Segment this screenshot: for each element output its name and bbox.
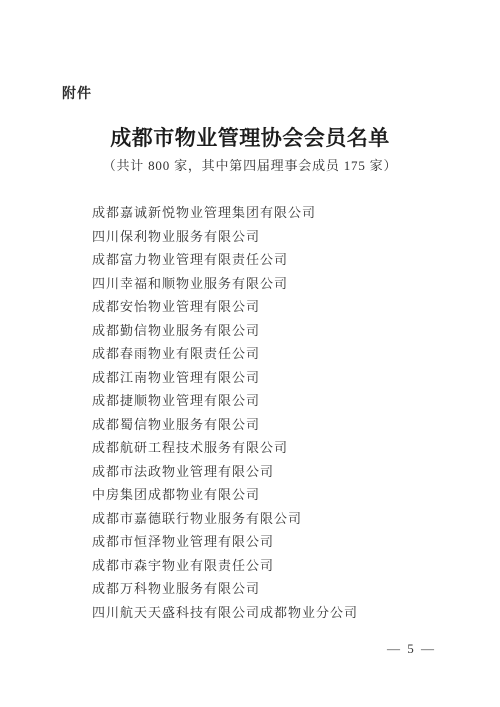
member-row: 四川航天天盛科技有限公司成都物业分公司 [92,601,460,625]
member-row: 成都市嘉德联行物业服务有限公司 [92,507,460,531]
member-row: 四川保利物业服务有限公司 [92,225,460,249]
member-row: 成都勤信物业服务有限公司 [92,319,460,343]
member-row: 成都航研工程技术服务有限公司 [92,436,460,460]
document-page: 附件 成都市物业管理协会会员名单 （共计 800 家，其中第四届理事会成员 17… [0,0,500,707]
member-row: 成都江南物业管理有限公司 [92,366,460,390]
member-row: 成都蜀信物业服务有限公司 [92,413,460,437]
member-row: 成都富力物业管理有限责任公司 [92,248,460,272]
attachment-label: 附件 [62,83,92,103]
page-title: 成都市物业管理协会会员名单 [0,122,500,152]
doc-subtitle: （共计 800 家，其中第四届理事会成员 175 家） [0,155,500,174]
member-list: 成都嘉诚新悦物业管理集团有限公司四川保利物业服务有限公司成都富力物业管理有限责任… [92,201,460,624]
member-row: 成都市法政物业管理有限公司 [92,460,460,484]
member-row: 成都万科物业服务有限公司 [92,577,460,601]
member-row: 成都捷顺物业管理有限公司 [92,389,460,413]
page-number: — 5 — [387,641,436,657]
member-row: 成都春雨物业有限责任公司 [92,342,460,366]
member-row: 成都安怡物业管理有限公司 [92,295,460,319]
member-row: 成都嘉诚新悦物业管理集团有限公司 [92,201,460,225]
member-row: 成都市恒泽物业管理有限公司 [92,530,460,554]
member-row: 中房集团成都物业有限公司 [92,483,460,507]
member-row: 四川幸福和顺物业服务有限公司 [92,272,460,296]
member-row: 成都市森宇物业有限责任公司 [92,554,460,578]
